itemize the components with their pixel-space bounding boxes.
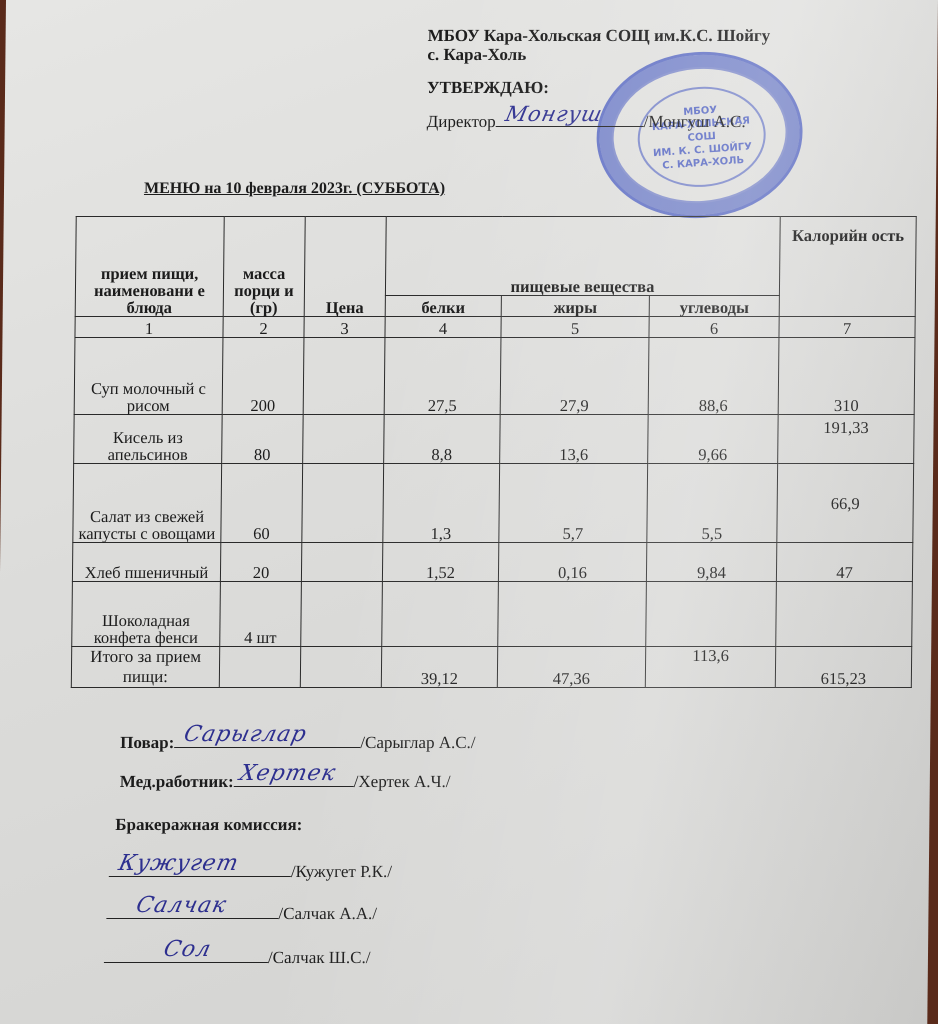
menu-table: прием пищи, наименовани е блюда масса по…	[71, 216, 917, 688]
dish-name: Салат из свежей капусты с овощами	[73, 464, 222, 543]
director-name: /Монгуш А.С.	[644, 112, 746, 131]
commission-name: /Кужугет Р.К./	[291, 862, 392, 881]
dish-name: Шоколадная конфета фенси	[72, 582, 221, 647]
dish-calories: 47	[776, 543, 912, 582]
commission-signature: Салчак	[134, 893, 229, 918]
cook-name: /Сарыглар А.С./	[360, 733, 475, 752]
table-row: Шоколадная конфета фенси 4 шт	[72, 582, 913, 647]
director-line: ДиректорМонгуш/Монгуш А.С.	[427, 108, 746, 132]
table-row: Кисель из апельсинов 80 8,8 13,6 9,66 19…	[74, 415, 915, 464]
dish-carbs: 9,84	[646, 543, 776, 582]
table-row: Хлеб пшеничный 20 1,52 0,16 9,84 47	[72, 543, 912, 582]
approve-heading: УТВЕРЖДАЮ:	[427, 78, 549, 98]
commission-member-row: Салчак/Салчак А.А./	[106, 898, 377, 924]
column-number: 1	[75, 317, 223, 338]
menu-title: МЕНЮ на 10 февраля 2023г. (СУББОТА)	[144, 180, 445, 198]
official-stamp: МБОУ КАРА-ХОЛЬСКАЯ СОШ ИМ. К. С. ШОЙГУ С…	[592, 45, 807, 225]
column-number: 6	[649, 317, 779, 338]
column-number: 7	[779, 317, 915, 338]
stamp-center: МБОУ КАРА-ХОЛЬСКАЯ СОШ ИМ. К. С. ШОЙГУ С…	[635, 83, 769, 192]
dish-fat: 27,9	[500, 338, 649, 415]
medic-signature: Хертек	[237, 761, 338, 786]
medic-signature-row: Мед.работник:Хертек/Хертек А.Ч./	[120, 768, 451, 792]
total-carbs: 113,6	[645, 647, 775, 688]
total-fat: 47,36	[497, 647, 645, 688]
header-dish: прием пищи, наименовани е блюда	[75, 217, 224, 317]
dish-fat: 13,6	[500, 415, 649, 464]
dish-name: Кисель из апельсинов	[74, 415, 223, 464]
header-protein: белки	[385, 296, 501, 317]
header-mass: масса порци и (гр)	[223, 217, 305, 317]
table-header-row: прием пищи, наименовани е блюда масса по…	[75, 217, 916, 296]
director-signature-line: Монгуш	[496, 108, 644, 127]
total-price	[300, 647, 381, 688]
dish-carbs: 5,5	[647, 464, 778, 543]
header-price: Цена	[304, 217, 386, 317]
total-mass	[219, 647, 300, 688]
header-calories: Калорийн ость	[779, 217, 916, 317]
dish-mass: 80	[222, 415, 304, 464]
dish-calories: 191,33	[778, 415, 915, 464]
dish-price	[301, 582, 383, 647]
column-number: 4	[385, 317, 501, 338]
commission-signature: Кужугет	[116, 851, 241, 876]
header-fat: жиры	[501, 296, 649, 317]
org-name: МБОУ Кара-Хольская СОЩ им.К.С. Шойгу	[428, 26, 771, 45]
commission-member-row: Сол/Салчак Ш.С./	[104, 942, 371, 968]
dish-mass: 200	[222, 338, 304, 415]
cook-signature: Сарыглар	[182, 722, 310, 747]
header-nutrients: пищевые вещества	[385, 217, 780, 296]
dish-carbs: 88,6	[648, 338, 779, 415]
commission-name: /Салчак А.А./	[278, 904, 377, 923]
dish-carbs	[646, 582, 777, 647]
dish-fat: 5,7	[499, 464, 648, 543]
document-page: МБОУ Кара-Хольская СОЩ им.К.С. Шойгу с. …	[0, 0, 938, 1024]
table-row: Суп молочный с рисом 200 27,5 27,9 88,6 …	[74, 338, 915, 415]
dish-calories: 310	[778, 338, 915, 415]
cook-label: Повар:	[120, 733, 174, 752]
total-label: Итого за прием пищи:	[71, 647, 219, 688]
dish-mass: 60	[221, 464, 303, 543]
dish-protein	[382, 582, 499, 647]
dish-protein: 8,8	[384, 415, 501, 464]
medic-signature-line: Хертек	[234, 768, 354, 787]
dish-price	[303, 338, 385, 415]
medic-name: /Хертек А.Ч./	[354, 772, 451, 791]
org-location: с. Кара-Холь	[427, 45, 526, 64]
column-number: 5	[501, 317, 649, 338]
commission-signature-line: Салчак	[106, 898, 278, 919]
dish-calories	[776, 582, 913, 647]
table-total-row: Итого за прием пищи: 39,12 47,36 113,6 6…	[71, 647, 911, 688]
dish-price	[302, 464, 384, 543]
dish-fat	[498, 582, 647, 647]
commission-heading: Бракеражная комиссия:	[115, 815, 302, 835]
dish-mass: 20	[220, 543, 301, 582]
commission-member-row: Кужугет/Кужугет Р.К./	[109, 856, 392, 882]
cook-signature-line: Сарыглар	[174, 729, 360, 748]
commission-signature: Сол	[161, 937, 214, 962]
total-protein: 39,12	[381, 647, 497, 688]
dish-fat: 0,16	[498, 543, 646, 582]
director-signature: Монгуш	[503, 102, 605, 126]
dish-calories: 66,9	[777, 464, 914, 543]
table-row: Салат из свежей капусты с овощами 60 1,3…	[73, 464, 914, 543]
dish-protein: 27,5	[384, 338, 501, 415]
director-label: Директор	[427, 112, 496, 131]
dish-protein: 1,52	[382, 543, 498, 582]
column-number-row: 1 2 3 4 5 6 7	[75, 317, 915, 338]
dish-protein: 1,3	[383, 464, 500, 543]
dish-price	[301, 543, 382, 582]
dish-carbs: 9,66	[648, 415, 779, 464]
column-number: 3	[304, 317, 385, 338]
dish-mass: 4 шт	[220, 582, 302, 647]
total-calories: 615,23	[775, 647, 911, 688]
commission-signature-line: Кужугет	[109, 856, 291, 877]
commission-signature-line: Сол	[104, 942, 268, 963]
cook-signature-row: Повар:Сарыглар/Сарыглар А.С./	[120, 729, 476, 753]
header-carbs: углеводы	[649, 296, 779, 317]
commission-name: /Салчак Ш.С./	[268, 948, 371, 967]
dish-price	[303, 415, 385, 464]
dish-name: Хлеб пшеничный	[72, 543, 220, 582]
column-number: 2	[223, 317, 304, 338]
medic-label: Мед.работник:	[120, 772, 234, 791]
dish-name: Суп молочный с рисом	[74, 338, 223, 415]
